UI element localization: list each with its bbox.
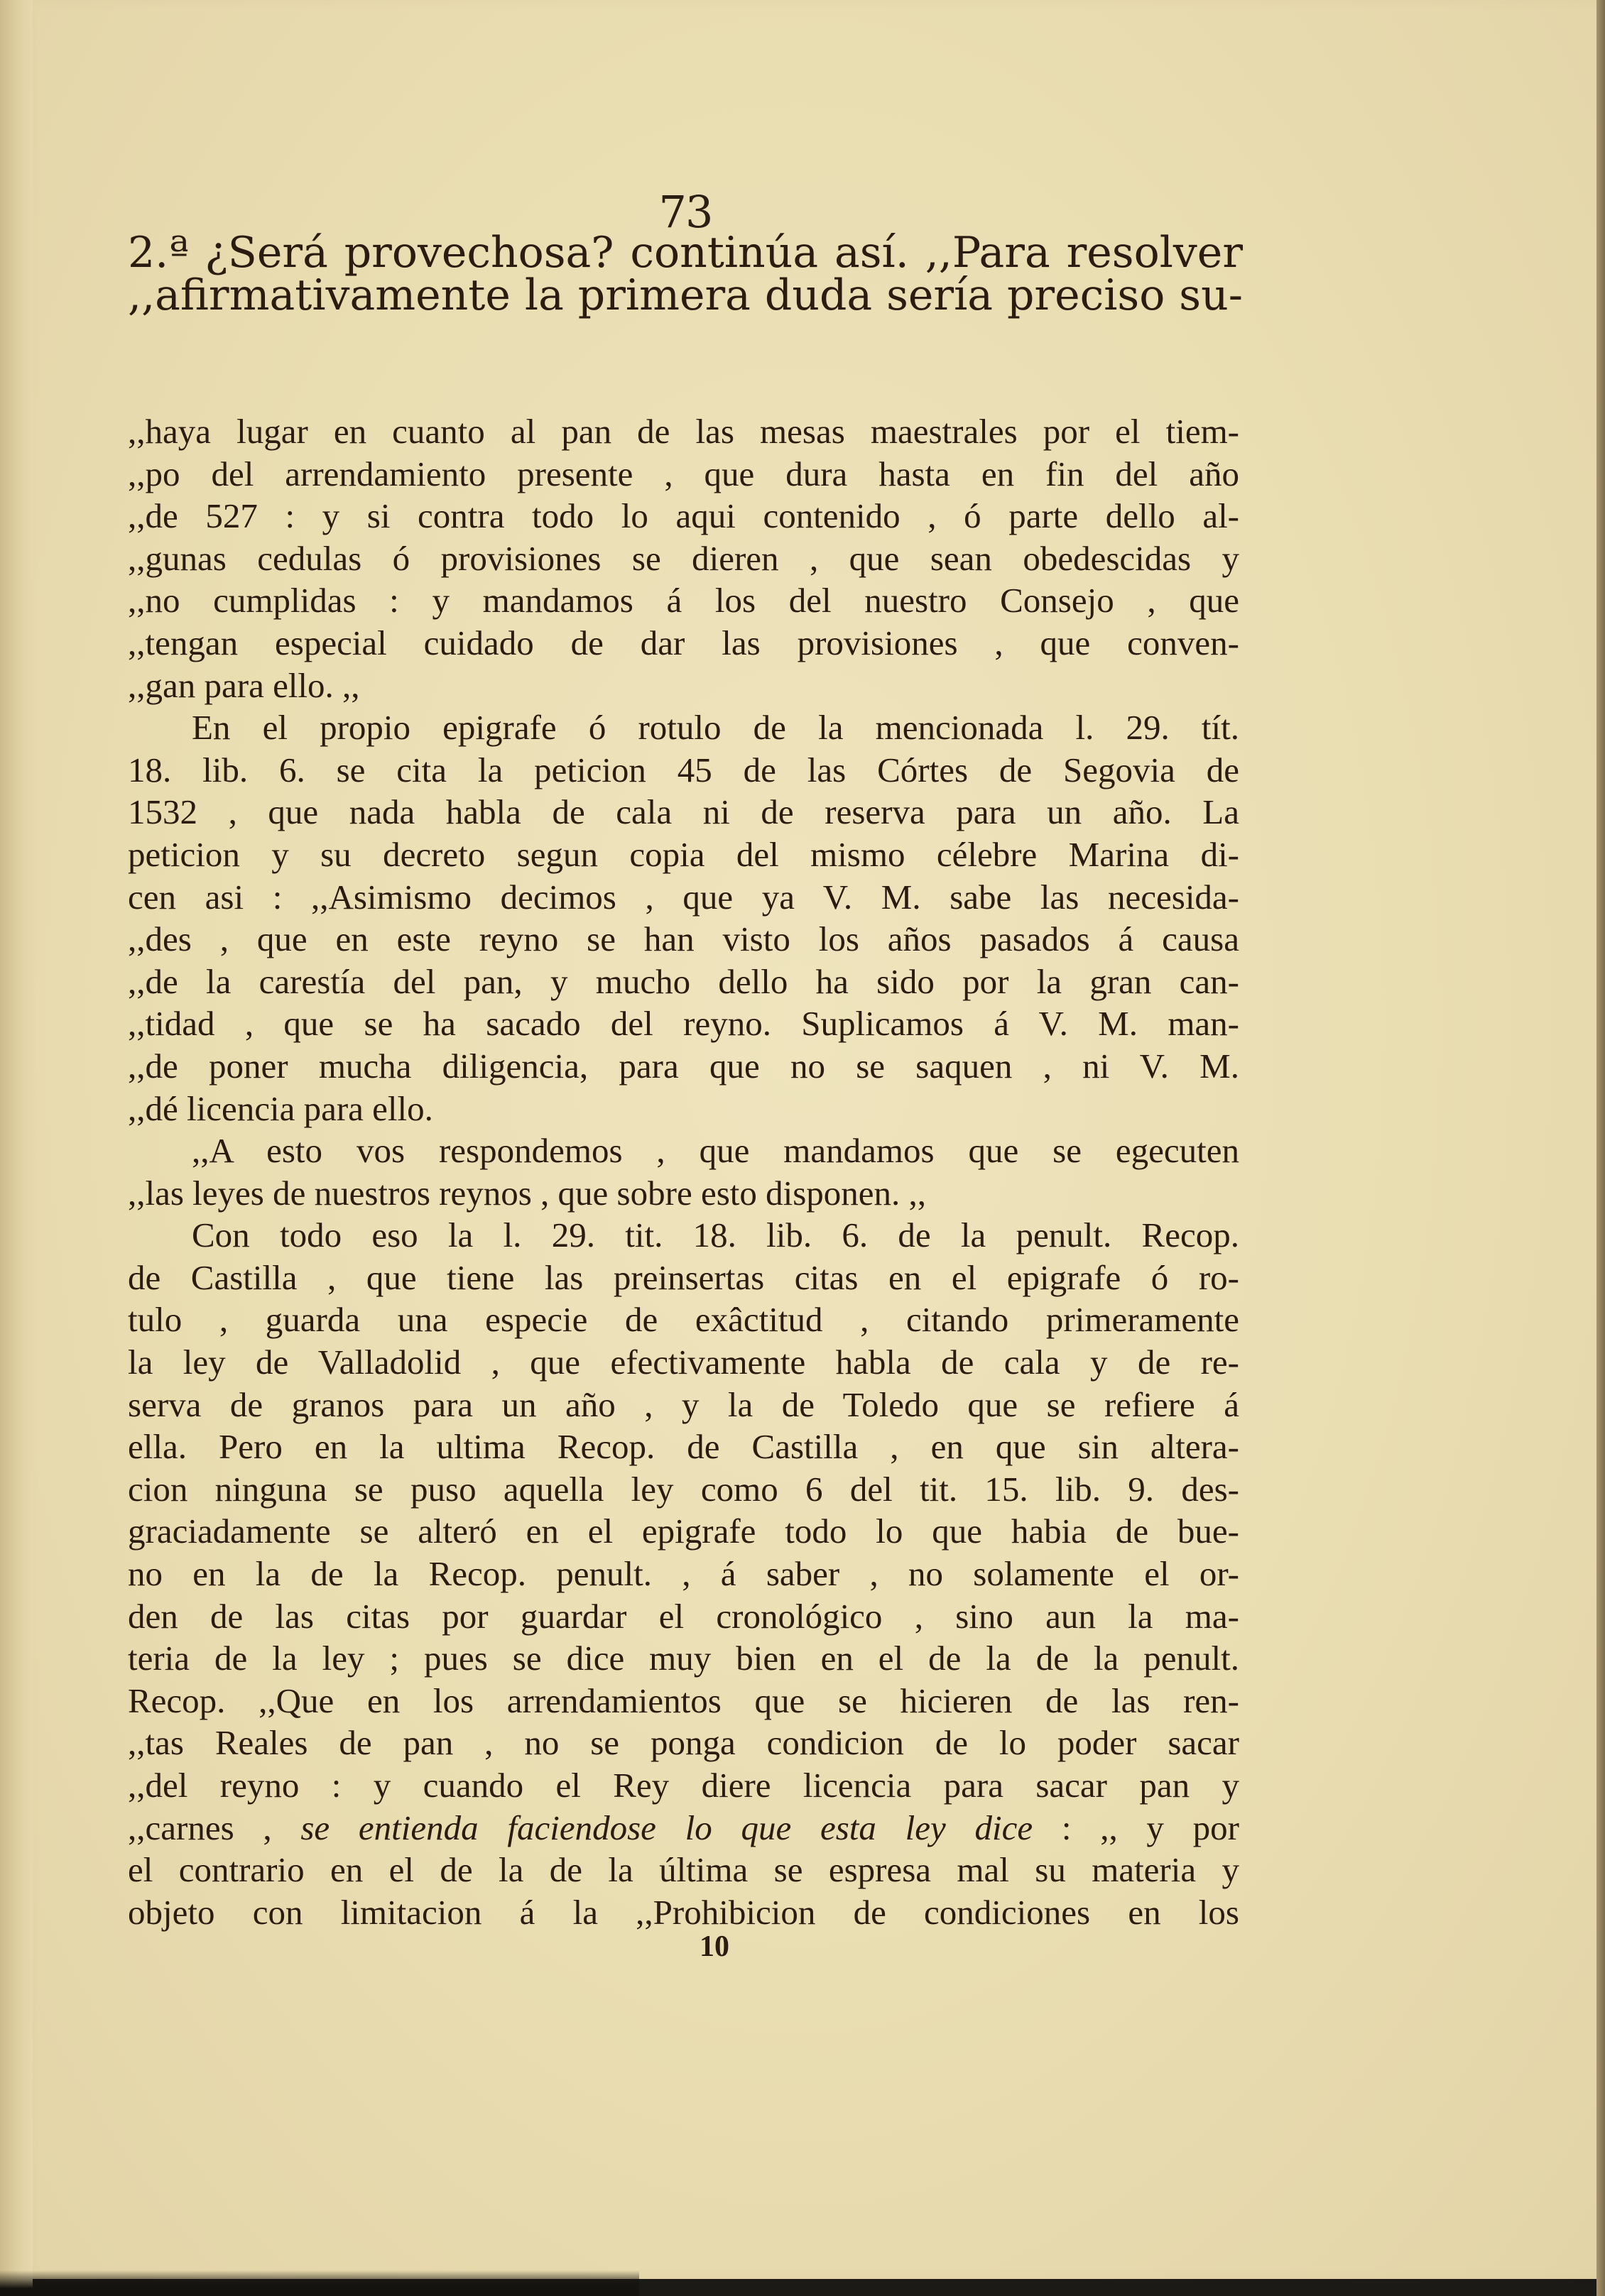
text-line: ,,las leyes de nuestros reynos , que sob… bbox=[128, 1172, 1239, 1215]
header-line: ,,afirmativamente la primera duda sería … bbox=[128, 268, 1243, 311]
text-line: ,,tidad , que se ha sacado del reyno. Su… bbox=[128, 1002, 1239, 1045]
text-line: ,,des , que en este reyno se han visto l… bbox=[128, 918, 1239, 961]
text-line: ,,no cumplidas : y mandamos á los del nu… bbox=[128, 579, 1239, 622]
text-line: ,,tengan especial cuidado de dar las pro… bbox=[128, 622, 1239, 665]
text-line: cion ninguna se puso aquella ley como 6 … bbox=[128, 1468, 1239, 1511]
text-line: ,,dé licencia para ello. bbox=[128, 1088, 1239, 1130]
binding-edge bbox=[0, 0, 33, 2296]
header-paragraph: 2.ª ¿Será provechosa? continúa así. ,,Pa… bbox=[128, 226, 1243, 310]
text-line: 1532 , que nada habla de cala ni de rese… bbox=[128, 791, 1239, 833]
text-line: objeto con limitacion á la ,,Prohibicion… bbox=[128, 1891, 1239, 1934]
text-line: graciadamente se alteró en el epigrafe t… bbox=[128, 1510, 1239, 1553]
paragraph-start-line: En el propio epigrafe ó rotulo de la men… bbox=[128, 706, 1239, 749]
text-line: de Castilla , que tiene las preinsertas … bbox=[128, 1257, 1239, 1299]
text-line: den de las citas por guardar el cronológ… bbox=[128, 1595, 1239, 1638]
text-line: la ley de Valladolid , que efectivamente… bbox=[128, 1341, 1239, 1384]
text-line: ,,de 527 : y si contra todo lo aqui cont… bbox=[128, 495, 1239, 537]
text-line: no en la de la Recop. penult. , á saber … bbox=[128, 1553, 1239, 1595]
text-line: ella. Pero en la ultima Recop. de Castil… bbox=[128, 1426, 1239, 1468]
text-line: Recop. ,,Que en los arrendamientos que s… bbox=[128, 1680, 1239, 1722]
text-line: teria de la ley ; pues se dice muy bien … bbox=[128, 1637, 1239, 1680]
text-line: 18. lib. 6. se cita la peticion 45 de la… bbox=[128, 749, 1239, 792]
text-line-with-italic: ,,carnes , se entienda faciendose lo que… bbox=[128, 1807, 1239, 1849]
text-line: ,,del reyno : y cuando el Rey diere lice… bbox=[128, 1764, 1239, 1807]
text-line: ,,de poner mucha diligencia, para que no… bbox=[128, 1045, 1239, 1088]
body-text: ,,haya lugar en cuanto al pan de las mes… bbox=[128, 410, 1239, 1933]
text-line: serva de granos para un año , y la de To… bbox=[128, 1384, 1239, 1426]
text-line: cen asi : ,,Asimismo decimos , que ya V.… bbox=[128, 876, 1239, 919]
header-line: 2.ª ¿Será provechosa? continúa así. ,,Pa… bbox=[128, 226, 1243, 268]
text-line: ,,po del arrendamiento presente , que du… bbox=[128, 453, 1239, 496]
text-line: ,,de la carestía del pan, y mucho dello … bbox=[128, 961, 1239, 1003]
italic-quote: se entienda faciendose lo que esta ley d… bbox=[300, 1808, 1033, 1847]
book-page: 73 2.ª ¿Será provechosa? continúa así. ,… bbox=[0, 0, 1601, 2279]
page-right-edge bbox=[1596, 0, 1605, 2296]
paragraph-start-line: Con todo eso la l. 29. tit. 18. lib. 6. … bbox=[128, 1214, 1239, 1257]
bottom-shadow bbox=[0, 2270, 639, 2296]
text-fragment: ,,carnes , bbox=[128, 1808, 300, 1847]
text-line: tulo , guarda una especie de exâctitud ,… bbox=[128, 1299, 1239, 1341]
text-line: ,,tas Reales de pan , no se ponga condic… bbox=[128, 1722, 1239, 1764]
signature-mark: 10 bbox=[700, 1930, 729, 1964]
text-line: ,,gunas cedulas ó provisiones se dieren … bbox=[128, 537, 1239, 580]
text-line: el contrario en el de la de la última se… bbox=[128, 1849, 1239, 1891]
text-line: ,,haya lugar en cuanto al pan de las mes… bbox=[128, 410, 1239, 453]
text-line: ,,gan para ello. ,, bbox=[128, 665, 1239, 707]
text-line: peticion y su decreto segun copia del mi… bbox=[128, 833, 1239, 876]
text-fragment: : ,, y por bbox=[1033, 1808, 1239, 1847]
paragraph-start-line: ,,A esto vos respondemos , que mandamos … bbox=[128, 1130, 1239, 1172]
